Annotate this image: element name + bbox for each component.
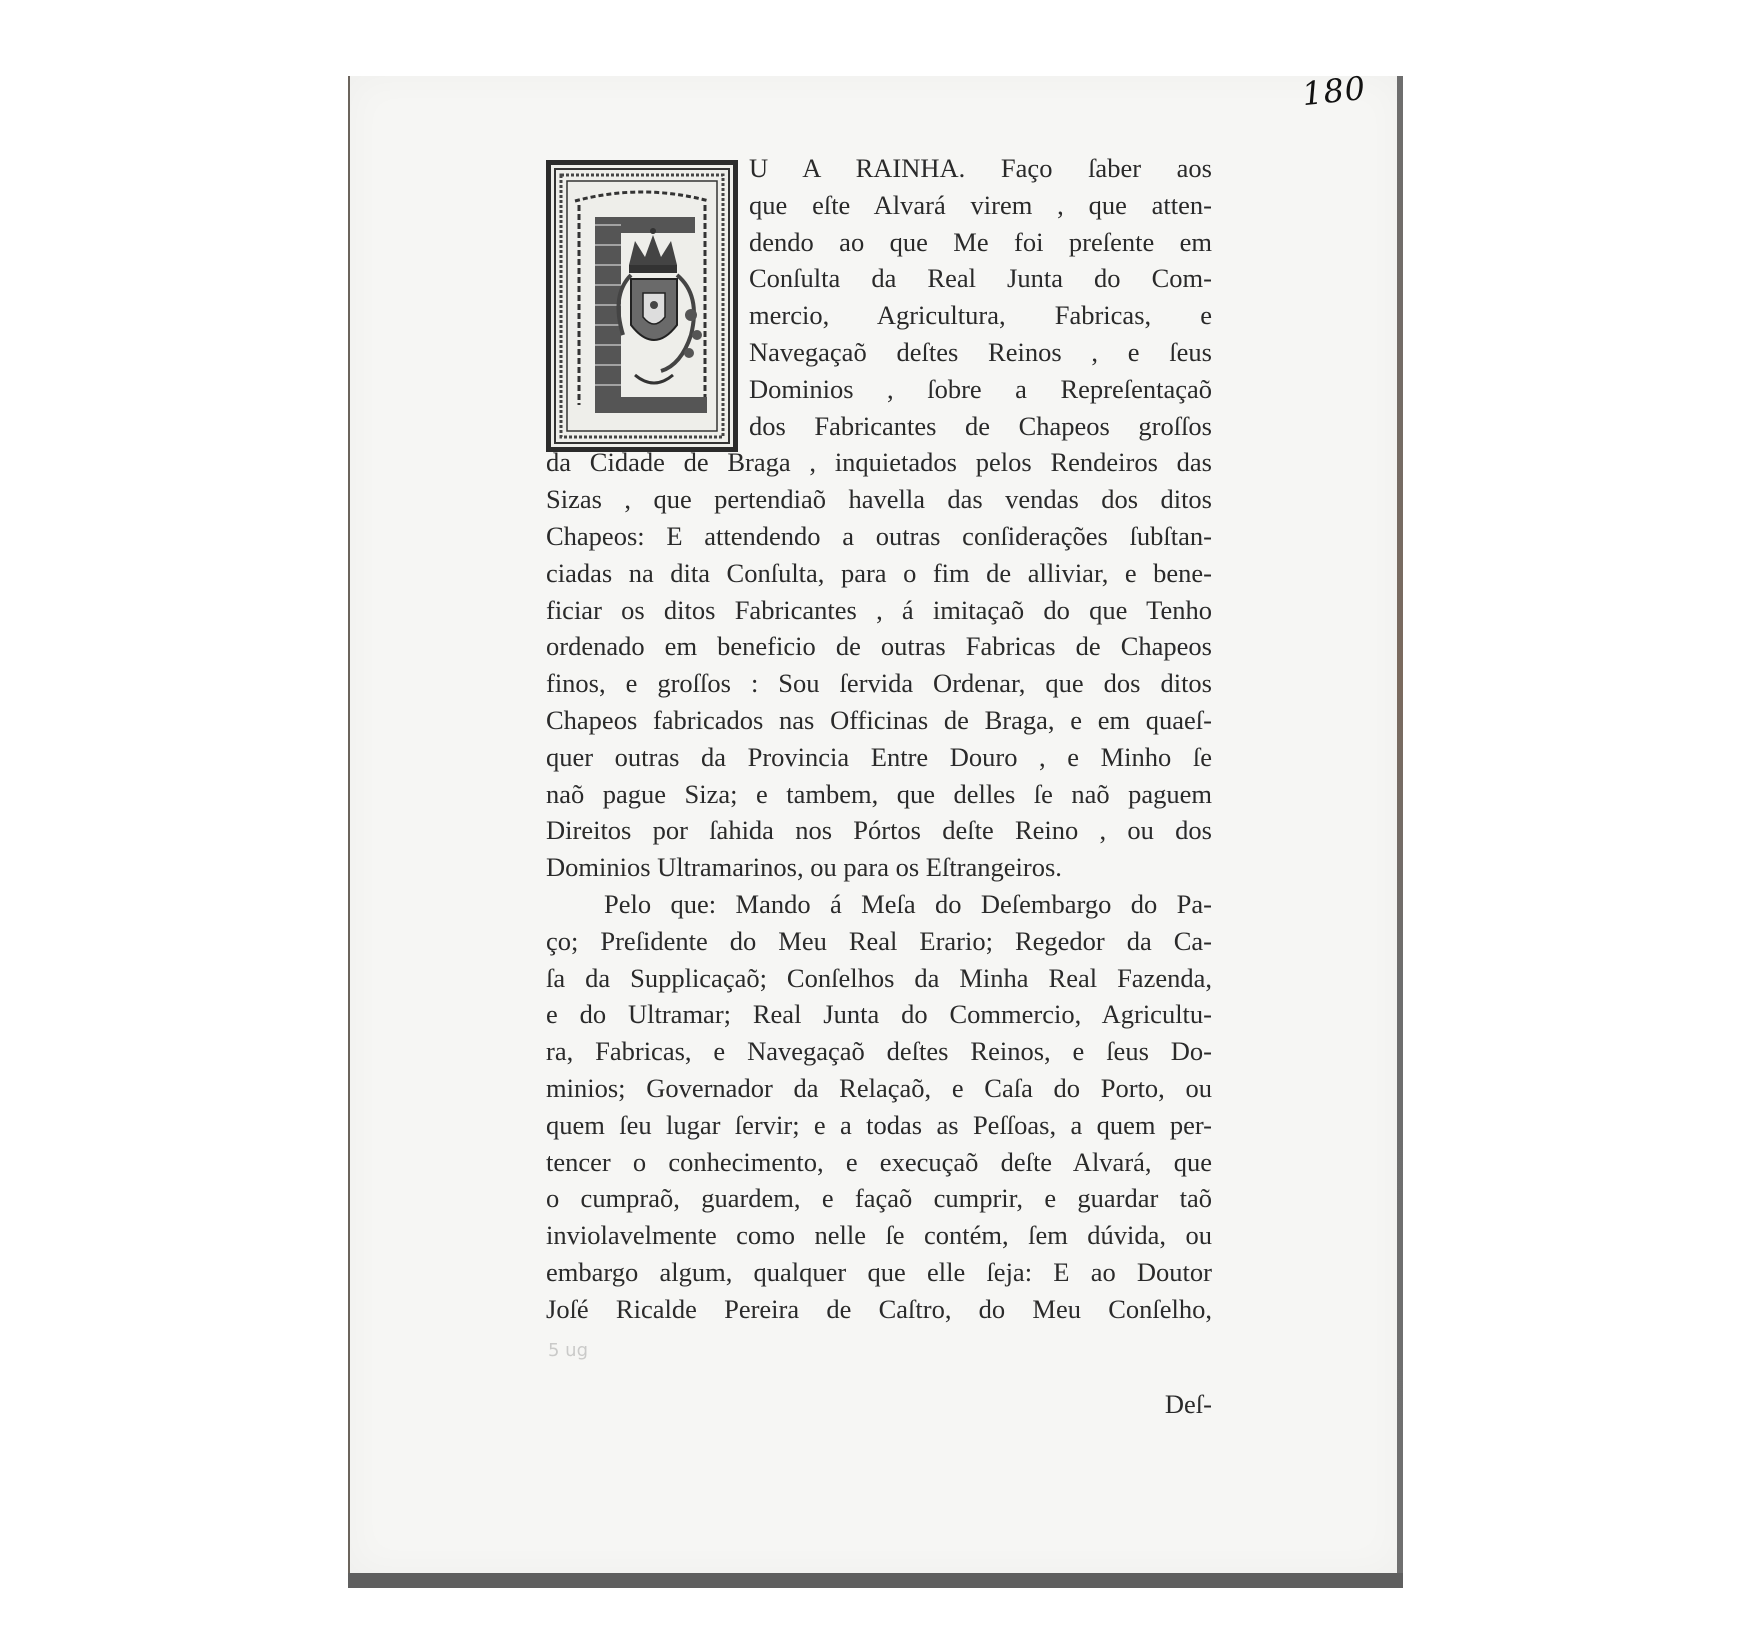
alvara-text-block: U A RAINHA. Faço ſaber aos que eſte Alva…	[546, 150, 1212, 1328]
text-line: ſa da Supplicaçaõ; Conſelhos da Minha Re…	[546, 960, 1212, 997]
text-line: Direitos por ſahida nos Pórtos deſte Rei…	[546, 812, 1212, 849]
text-line: Joſé Ricalde Pereira de Caſtro, do Meu C…	[546, 1291, 1212, 1328]
page-right-edge	[1397, 76, 1403, 1588]
page-bottom-edge	[348, 1573, 1403, 1588]
text-line: embargo algum, qualquer que elle ſeja: E…	[546, 1254, 1212, 1291]
text-line: dendo ao que Me foi preſente em	[749, 224, 1212, 261]
text-line: U A RAINHA. Faço ſaber aos	[749, 150, 1212, 187]
text-line: quer outras da Provincia Entre Douro , e…	[546, 739, 1212, 776]
text-line: minios; Governador da Relaçaõ, e Caſa do…	[546, 1070, 1212, 1107]
text-line: Sizas , que pertendiaõ havella das venda…	[546, 481, 1212, 518]
text-line: Chapeos: E attendendo a outras conſidera…	[546, 518, 1212, 555]
handwritten-folio-number: 180	[1300, 69, 1368, 113]
text-line: quem ſeu lugar ſervir; e a todas as Peſſ…	[546, 1107, 1212, 1144]
text-line: Conſulta da Real Junta do Com-	[749, 260, 1212, 297]
text-line: ficiar os ditos Fabricantes , á imitaçaõ…	[546, 592, 1212, 629]
text-line: Dominios Ultramarinos, ou para os Eſtran…	[546, 849, 1212, 886]
text-line: tencer o conhecimento, e execuçaõ deſte …	[546, 1144, 1212, 1181]
catchword: Deſ-	[1165, 1386, 1212, 1423]
text-line: ra, Fabricas, e Navegaçaõ deſtes Reinos,…	[546, 1033, 1212, 1070]
margin-pencil-mark: 5 ug	[548, 1340, 588, 1361]
text-line: finos, e groſſos : Sou ſervida Ordenar, …	[546, 665, 1212, 702]
text-line: inviolavelmente como nelle ſe contém, ſe…	[546, 1217, 1212, 1254]
ornate-drop-cap-e-icon	[546, 160, 738, 452]
text-line: Dominios , ſobre a Repreſentaçaõ	[749, 371, 1212, 408]
text-line: Chapeos fabricados nas Officinas de Brag…	[546, 702, 1212, 739]
text-line: ordenado em beneficio de outras Fabricas…	[546, 628, 1212, 665]
text-line: Pelo que: Mando á Meſa do Deſembargo do …	[546, 886, 1212, 923]
text-line: mercio, Agricultura, Fabricas, e	[749, 297, 1212, 334]
text-line: Navegaçaõ deſtes Reinos , e ſeus	[749, 334, 1212, 371]
text-line: naõ pague Siza; e tambem, que delles ſe …	[546, 776, 1212, 813]
text-line: e do Ultramar; Real Junta do Commercio, …	[546, 996, 1212, 1033]
text-line: que eſte Alvará virem , que atten-	[749, 187, 1212, 224]
text-line: o cumpraõ, guardem, e façaõ cumprir, e g…	[546, 1180, 1212, 1217]
text-line: ço; Preſidente do Meu Real Erario; Reged…	[546, 923, 1212, 960]
text-line: dos Fabricantes de Chapeos groſſos	[749, 408, 1212, 445]
text-line: ciadas na dita Conſulta, para o fim de a…	[546, 555, 1212, 592]
